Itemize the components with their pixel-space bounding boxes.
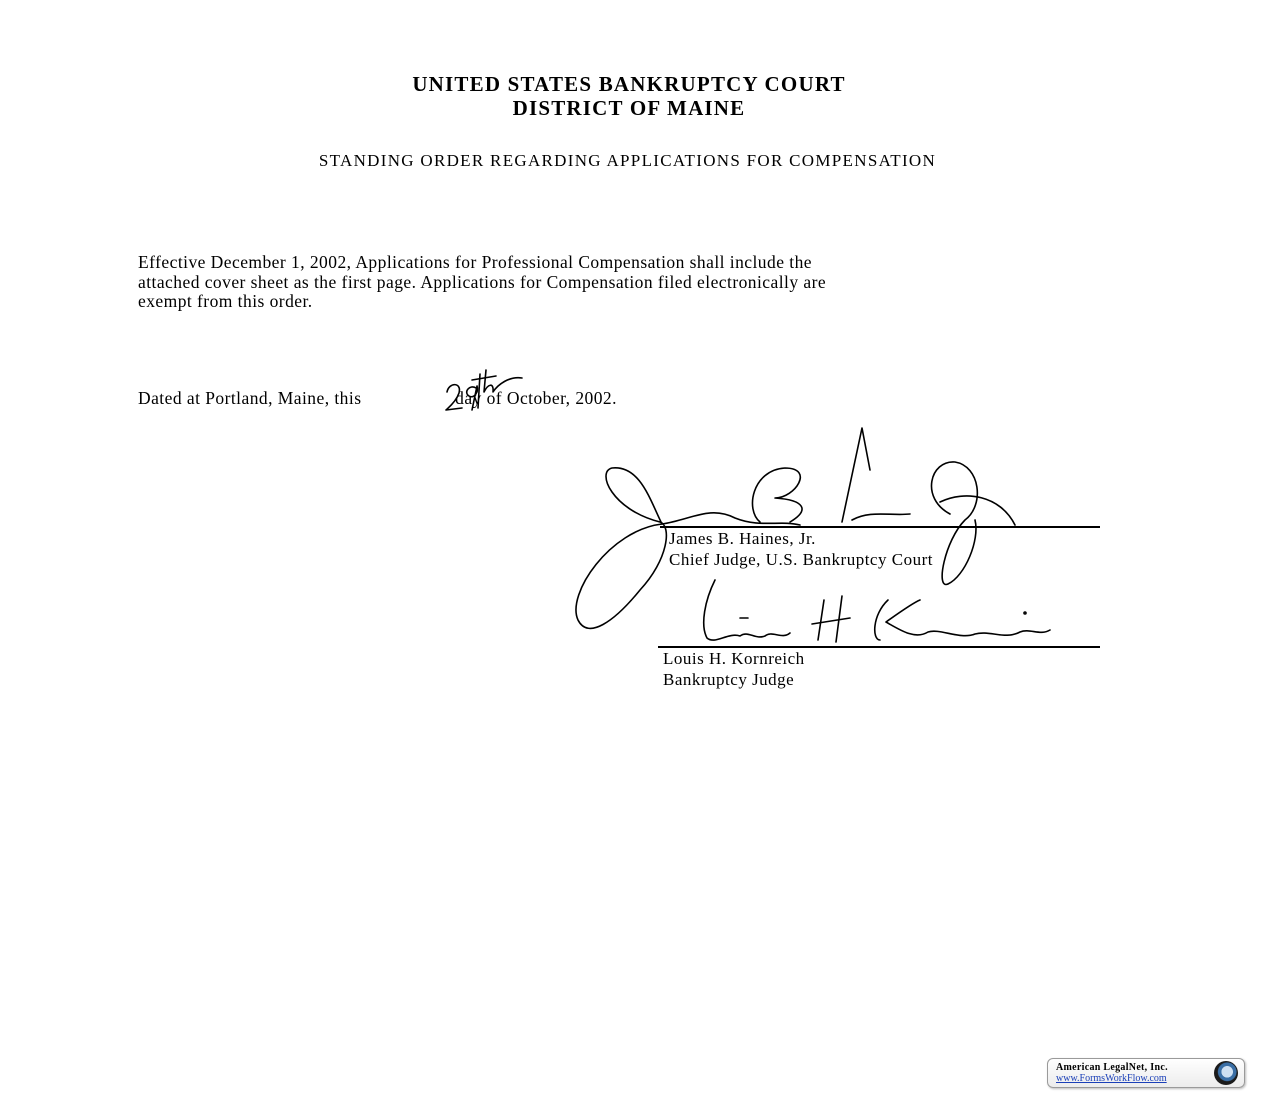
body-line: attached cover sheet as the first page. …: [138, 273, 1078, 293]
court-heading: UNITED STATES BANKRUPTCY COURT DISTRICT …: [0, 72, 1258, 120]
order-body: Effective December 1, 2002, Applications…: [138, 253, 1078, 312]
signer-title: Bankruptcy Judge: [663, 669, 805, 690]
badge-url-link[interactable]: www.FormsWorkFlow.com: [1056, 1073, 1167, 1084]
court-district: DISTRICT OF MAINE: [0, 96, 1258, 120]
signature-kornreich-icon: [704, 580, 1050, 642]
order-title: STANDING ORDER REGARDING APPLICATIONS FO…: [0, 151, 1255, 171]
body-line: exempt from this order.: [138, 292, 1078, 312]
dated-suffix: day of October, 2002.: [455, 388, 617, 408]
signer-title: Chief Judge, U.S. Bankruptcy Court: [669, 549, 933, 570]
signer-block: Louis H. Kornreich Bankruptcy Judge: [663, 648, 805, 690]
dated-line: Dated at Portland, Maine, this day of Oc…: [138, 388, 617, 409]
body-line: Effective December 1, 2002, Applications…: [138, 253, 1078, 273]
signer-block: James B. Haines, Jr. Chief Judge, U.S. B…: [669, 528, 933, 570]
globe-icon: [1214, 1061, 1238, 1085]
court-name: UNITED STATES BANKRUPTCY COURT: [0, 72, 1258, 96]
footer-badge[interactable]: American LegalNet, Inc. www.FormsWorkFlo…: [1047, 1058, 1245, 1088]
signer-name: Louis H. Kornreich: [663, 648, 805, 669]
dated-prefix: Dated at Portland, Maine, this: [138, 388, 361, 408]
badge-company: American LegalNet, Inc.: [1056, 1062, 1168, 1073]
signer-name: James B. Haines, Jr.: [669, 528, 933, 549]
